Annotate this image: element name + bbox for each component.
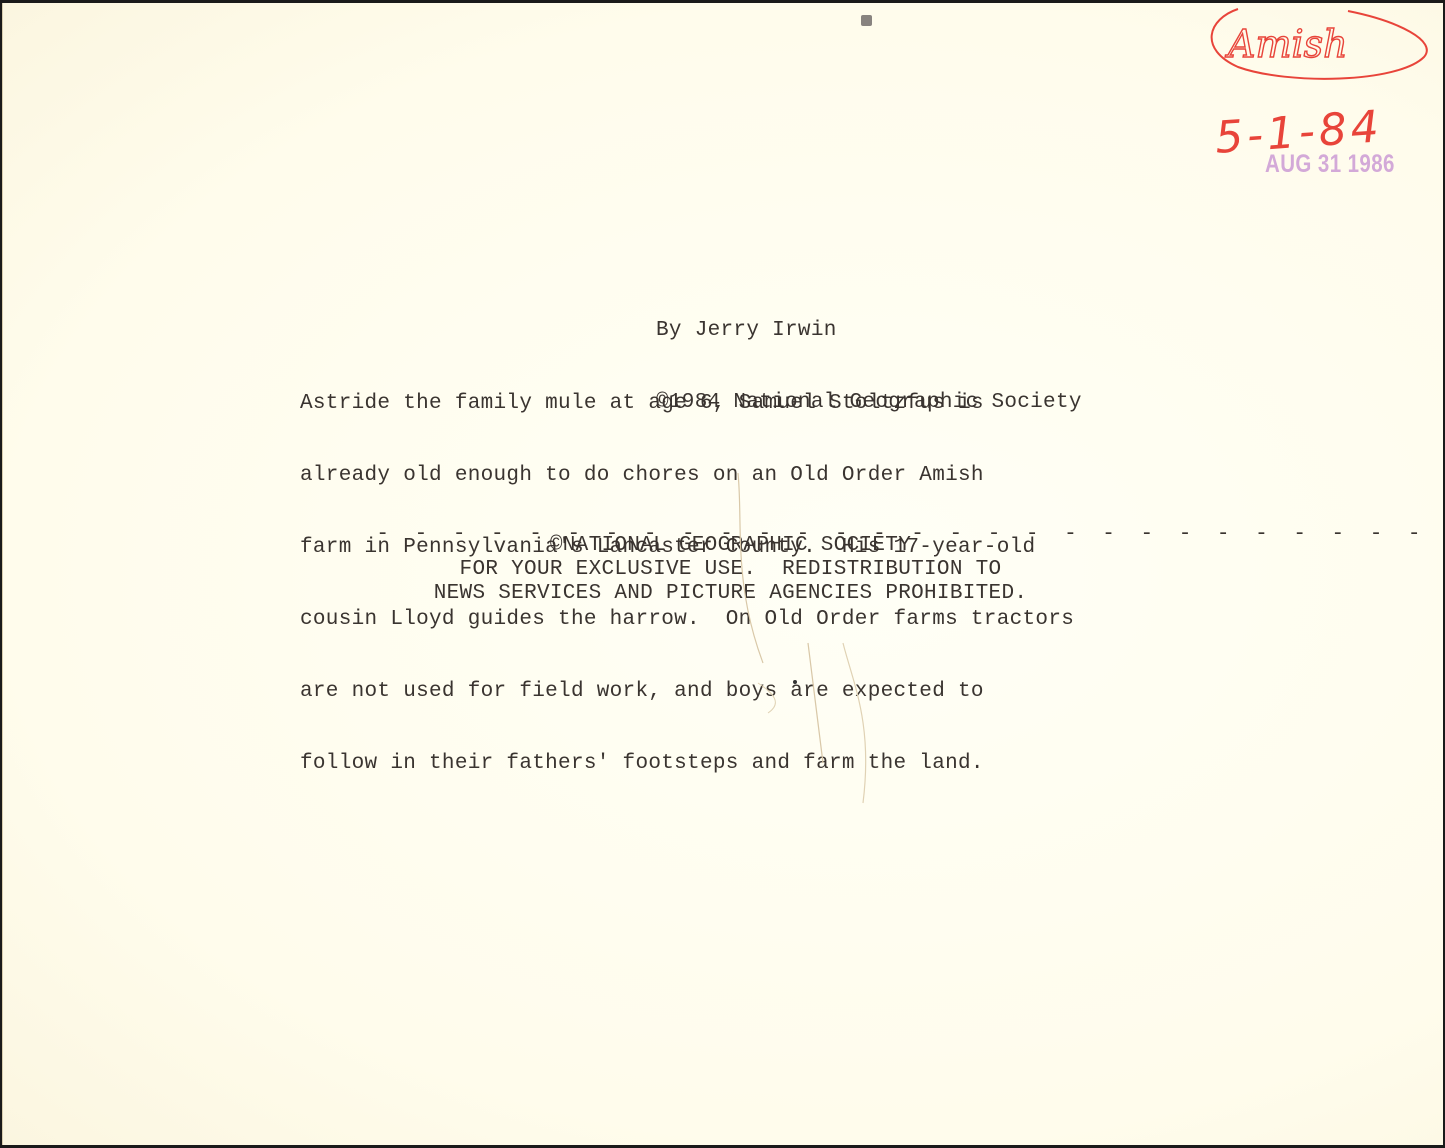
received-date-stamp: AUG 31 1986 [1265, 150, 1395, 179]
byline: By Jerry Irwin [656, 319, 1082, 343]
handwritten-amish-label: Amish [1198, 5, 1430, 85]
ink-smudge [861, 15, 872, 26]
faint-pencil-marks [703, 463, 963, 843]
photo-back-page: Amish 5-1-84 AUG 31 1986 By Jerry Irwin … [2, 3, 1443, 1145]
svg-text:Amish: Amish [1225, 22, 1348, 66]
caption-line: Astride the family mule at age 6, Samuel… [300, 392, 1074, 416]
